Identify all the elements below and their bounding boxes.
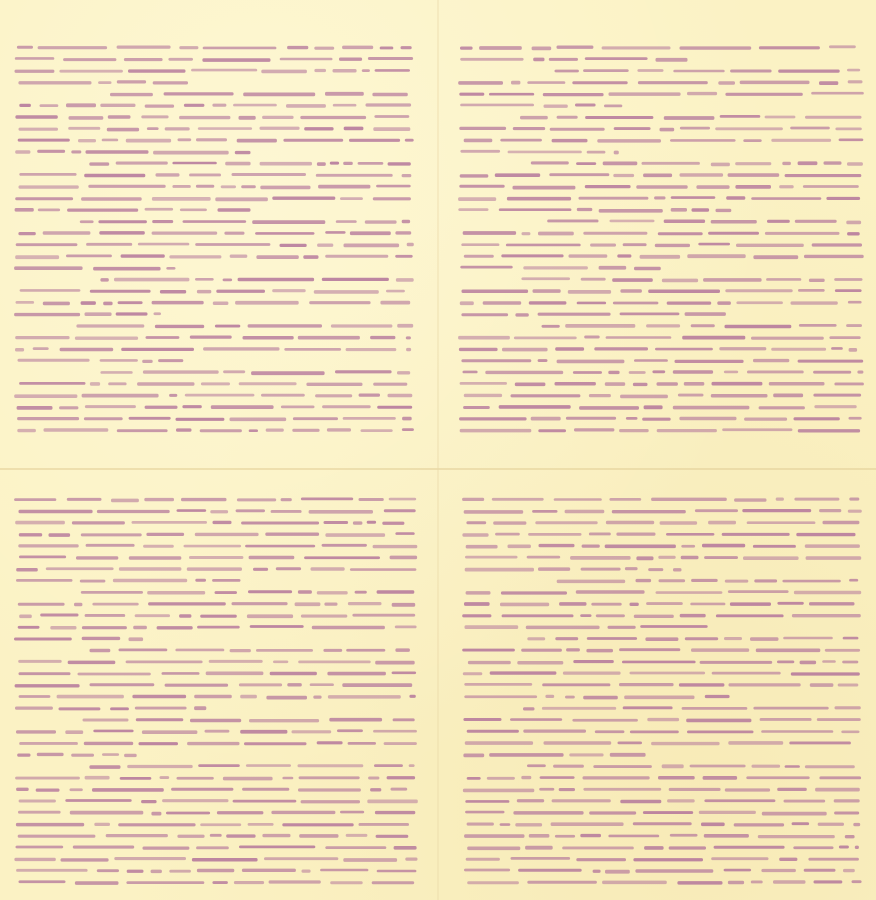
scanned-page [0,0,876,900]
text-block-top-left [14,40,414,440]
text-block-top-right [458,40,864,438]
text-block-bottom-left [14,492,418,892]
text-block-bottom-right [462,492,862,892]
vertical-fold-line [437,0,439,900]
